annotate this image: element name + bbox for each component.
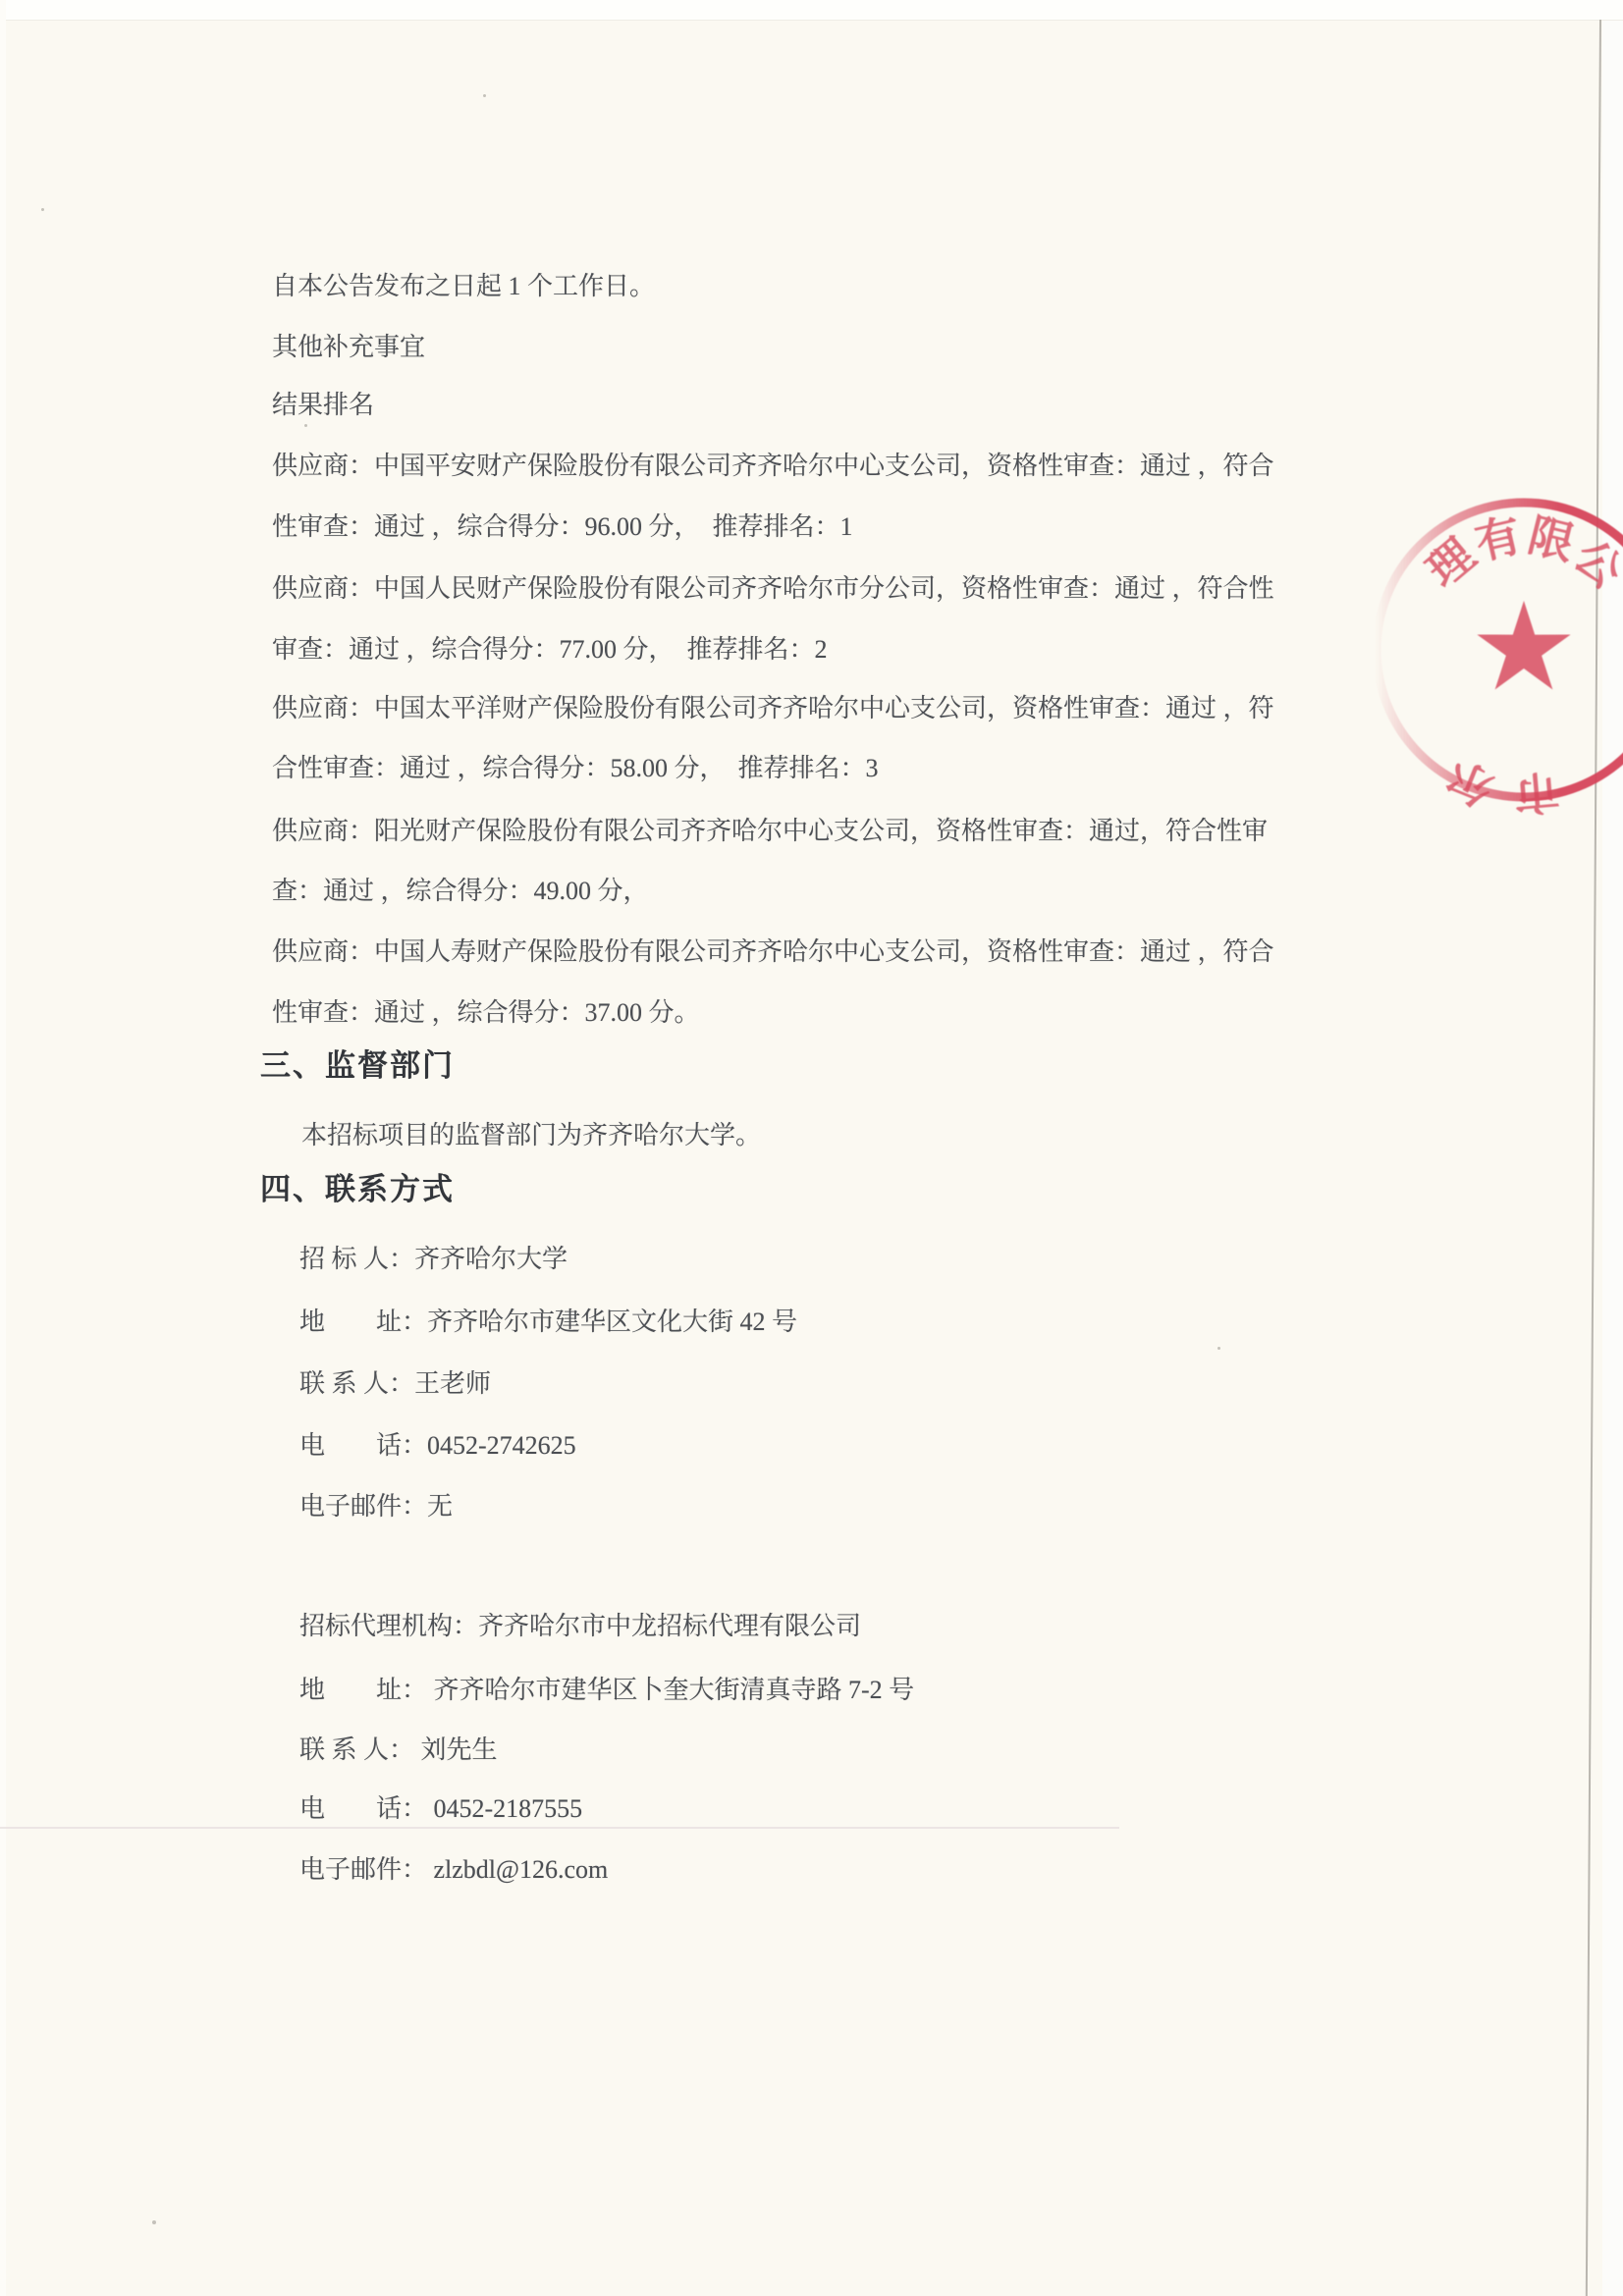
agency-phone-line: 电 话： 0452-2187555 [299, 1794, 582, 1824]
supplier-result-line: 供应商：阳光财产保险股份有限公司齐齐哈尔中心支公司，资格性审查：通过，符合性审 [272, 817, 1268, 846]
tenderee-address-line: 地 址：齐齐哈尔市建华区文化大街 42 号 [299, 1308, 797, 1337]
tenderee-email-line: 电子邮件：无 [299, 1492, 453, 1522]
agency-email-line: 电子邮件： zlzbdl@126.com [299, 1855, 608, 1885]
section-heading-supervision: 三、监督部门 [260, 1051, 455, 1081]
other-matters-line: 其他补充事宜 [272, 333, 425, 362]
scan-left-edge [0, 0, 6, 2296]
supplier-result-line: 合性审查：通过 ，综合得分：58.00 分， 推荐排名：3 [272, 754, 879, 783]
supplier-result-line: 审查：通过 ，综合得分：77.00 分， 推荐排名：2 [272, 635, 828, 665]
stamp-star-icon [1477, 601, 1570, 690]
supplier-result-line: 供应商：中国太平洋财产保险股份有限公司齐齐哈尔中心支公司，资格性审查：通过 ，符 [272, 694, 1274, 723]
supplier-result-line: 查：通过 ，综合得分：49.00 分， [272, 877, 649, 906]
section-heading-contact: 四、联系方式 [260, 1175, 455, 1204]
tenderee-phone-line: 电 话：0452-2742625 [299, 1431, 576, 1461]
stamp-arc-char: 有 [1471, 509, 1526, 568]
agency-contact-line: 联 系 人： 刘先生 [299, 1735, 498, 1765]
notice-period-line: 自本公告发布之日起 1 个工作日。 [272, 272, 655, 301]
result-ranking-label: 结果排名 [272, 391, 374, 420]
page-edge-line [1586, 20, 1601, 2296]
supplier-result-line: 供应商：中国平安财产保险股份有限公司齐齐哈尔中心支公司，资格性审查：通过 ，符合 [272, 452, 1274, 481]
tenderee-contact-line: 联 系 人：王老师 [299, 1369, 491, 1399]
official-stamp: 理 有 限 公 尔 市 [1365, 461, 1623, 834]
supplier-result-line: 供应商：中国人寿财产保险股份有限公司齐齐哈尔中心支公司，资格性审查：通过 ，符合 [272, 937, 1274, 967]
stamp-arc-char: 限 [1523, 510, 1579, 570]
stamp-circle [1377, 503, 1623, 797]
supplier-result-line: 供应商：中国人民财产保险股份有限公司齐齐哈尔市分公司，资格性审查：通过 ，符合性 [272, 574, 1274, 604]
supervision-body-line: 本招标项目的监督部门为齐齐哈尔大学。 [301, 1121, 761, 1150]
paper-speck [152, 2220, 156, 2224]
stamp-arc-char: 市 [1512, 766, 1561, 820]
scan-fold-line [0, 1827, 1119, 1829]
paper-speck [41, 208, 44, 211]
paper-speck [483, 94, 486, 97]
agency-name-line: 招标代理机构：齐齐哈尔市中龙招标代理有限公司 [299, 1612, 861, 1641]
tenderee-name-line: 招 标 人：齐齐哈尔大学 [299, 1245, 568, 1274]
stamp-arc-char: 理 [1418, 529, 1485, 597]
supplier-result-line: 性审查：通过 ，综合得分：37.00 分。 [272, 998, 700, 1028]
stamp-arc-char: 尔 [1440, 751, 1501, 815]
agency-address-line: 地 址： 齐齐哈尔市建华区卜奎大街清真寺路 7-2 号 [299, 1676, 914, 1705]
scan-top-edge [0, 0, 1623, 21]
supplier-result-line: 性审查：通过 ，综合得分：96.00 分， 推荐排名：1 [272, 512, 853, 542]
scan-background-edge [1602, 20, 1623, 2296]
paper-speck [1217, 1347, 1220, 1350]
paper-speck [304, 424, 307, 427]
